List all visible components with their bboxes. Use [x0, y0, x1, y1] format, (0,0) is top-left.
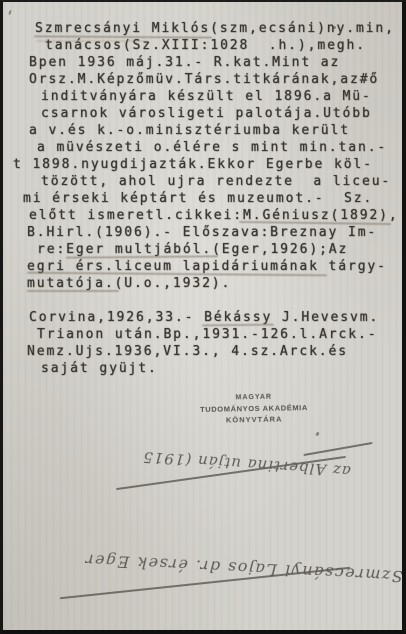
pencil-underline-mutatoja: [27, 290, 119, 292]
typewritten-line: Szmrecsányi Miklós(szm,ecsáni)ny.min,: [35, 20, 402, 37]
typewritten-line: a müvészeti o.élére s mint min.tan.-: [37, 139, 402, 156]
typewritten-line: saját gyüjt.: [41, 360, 402, 377]
paper-speck: [315, 432, 320, 437]
strikethrough-line-1b: [303, 442, 372, 456]
typewritten-line: tözött, ahol ujra rendezte a liceu-: [41, 173, 402, 190]
pencil-underline-name-2: [36, 40, 148, 42]
typewritten-line: mi érseki képtárt és muzeumot.- Sz.: [23, 190, 402, 207]
typewritten-line: Trianon után.Bp.,1931.-126.l.Arck.-: [37, 326, 402, 343]
typewritten-line: B.Hirl.(1906).- Előszava:Breznay Im-: [27, 224, 402, 241]
catalog-card: Szmrecsányi Miklós(szm,ecsáni)ny.min,tan…: [0, 0, 406, 634]
typewritten-line: a v.és k.-o.minisztériumba került: [29, 122, 402, 139]
paper-speck: [8, 10, 12, 15]
library-stamp: MAGYAR TUDOMÁNYOS AKADÉMIA KÖNYVTÁRA: [189, 391, 320, 426]
bleedthrough-text-1: Szmrecsányi: [0, 331, 5, 472]
typewritten-line: t 1898.nyugdijazták.Ekkor Egerbe köl-: [13, 156, 402, 173]
typewritten-line: inditványára készült el 1896.a Mü-: [41, 88, 402, 105]
paragraph-biography: Szmrecsányi Miklós(szm,ecsáni)ny.min,tan…: [3, 20, 402, 292]
typewritten-line: Nemz.Ujs.1936,VI.3., 4.sz.Arck.és: [27, 343, 402, 360]
stamp-line-3: KÖNYVTÁRA: [189, 413, 319, 426]
typewritten-line: Orsz.M.Képzőmüv.Társ.titkárának,az#ő: [29, 71, 402, 88]
typewritten-line: csarnok városligeti palotája.Utóbb: [41, 105, 402, 122]
bleedthrough-text-2: képzőmüv: [0, 232, 3, 332]
typewritten-line: Bpen 1936 máj.31.- R.kat.Mint az: [29, 54, 402, 71]
paper-speck: [333, 26, 336, 29]
paragraph-sources: Corvina,1926,33.- Békássy J.Hevesvm.Tria…: [3, 309, 402, 377]
